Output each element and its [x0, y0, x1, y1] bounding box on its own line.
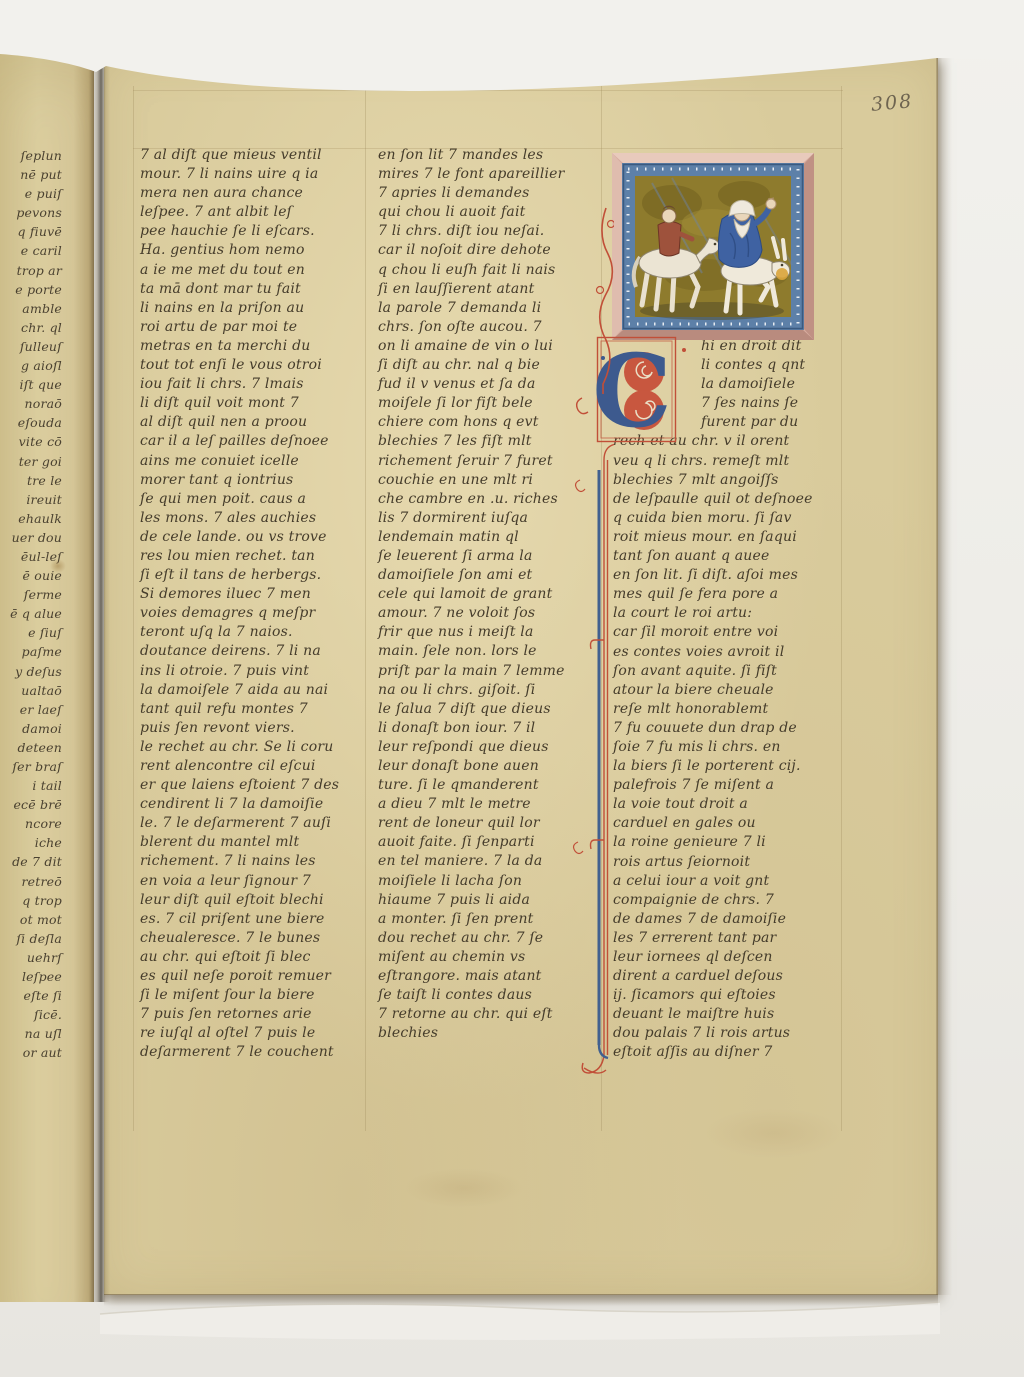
text-column-3: hi en droit ditli contes q qntla damoiſi… [613, 337, 909, 1063]
text-line: ireuit [0, 490, 62, 509]
text-line: blechies 7 mlt angoiſſs [613, 471, 909, 490]
text-line: y deſus [0, 662, 62, 681]
text-line: tre le [0, 471, 62, 490]
text-line: cendirent li 7 la damoiſie [140, 795, 366, 814]
parchment-stain [404, 1168, 524, 1208]
text-line: en voia a leur ſignour 7 [140, 872, 366, 891]
text-line: ncore [0, 814, 62, 833]
text-line: e caril [0, 241, 62, 260]
text-line: q trop [0, 891, 62, 910]
text-line: q fiuvē [0, 222, 62, 241]
manuscript-scan: ſeplunnē pute puiſpevonsq fiuvēe cariltr… [0, 0, 1024, 1377]
text-line: blerent du mantel mlt [140, 833, 366, 852]
text-line: ſoie 7 fu mis li chrs. en [613, 738, 909, 757]
text-line: na uſl [0, 1024, 62, 1043]
text-line: tant quil refu montes 7 [140, 700, 366, 719]
text-line: leſpee [0, 967, 62, 986]
scan-corner-dark [0, 0, 15, 16]
text-line: de dames 7 de damoiſie [613, 910, 909, 929]
ruling-line [133, 86, 134, 1131]
text-line: ter goi [0, 452, 62, 471]
text-line: g aioſl [0, 356, 62, 375]
text-line: leur diſt quil eſtoit blechi [140, 891, 366, 910]
text-line: eſouda [0, 413, 62, 432]
text-line: atour la biere cheuale [613, 681, 909, 700]
text-line: vite cō [0, 432, 62, 451]
text-line: eſte ſi [0, 986, 62, 1005]
text-line: ſulleuſ [0, 337, 62, 356]
text-line: tout tot enſi le vous otroi [140, 356, 366, 375]
text-line: teront uſq la 7 naios. [140, 623, 366, 642]
ruling-line [133, 90, 843, 91]
text-line: Si demores iluec 7 men [140, 585, 366, 604]
text-line: i tail [0, 776, 62, 795]
text-line: er laeſ [0, 700, 62, 719]
text-line: tant ſon auant q auee [613, 547, 909, 566]
text-line: dou palais 7 li rois artus [613, 1024, 909, 1043]
text-line: puis ſen revont viers. [140, 719, 366, 738]
text-line: e puiſ [0, 184, 62, 203]
text-line: leſpee. 7 ant albit leſ [140, 203, 366, 222]
parchment-stain [50, 559, 66, 573]
text-line: dirent a carduel deſous [613, 967, 909, 986]
text-line: les 7 errerent tant par [613, 929, 909, 948]
text-line: ē q alue [0, 604, 62, 623]
text-line: la biers ſi le porterent cij. [613, 757, 909, 776]
text-line: ehaulk [0, 509, 62, 528]
text-line: nē put [0, 165, 62, 184]
text-line: iche [0, 833, 62, 852]
penwork-border-flourish [568, 140, 614, 1080]
text-line: rois artus ſeiornoit [613, 853, 909, 872]
text-column-1: 7 al diſt que mieus ventilmour. 7 li nai… [140, 146, 366, 1063]
text-line: compaignie de chrs. 7 [613, 891, 909, 910]
text-line: de cele lande. ou vs trove [140, 528, 366, 547]
text-line: la voie tout droit a [613, 795, 909, 814]
text-line: richement. 7 li nains les [140, 852, 366, 871]
text-line: 7 al diſt que mieus ventil [140, 146, 366, 165]
text-line: ains me conuiet icelle [140, 452, 366, 471]
text-line: es contes voies avroit il [613, 643, 909, 662]
page-edge-shadow [104, 1294, 938, 1306]
text-line: paſme [0, 642, 62, 661]
text-line: leur iornees ql deſcen [613, 948, 909, 967]
text-line: er que laiens eſtoient 7 des [140, 776, 366, 795]
text-line: al diſt quil nen a proou [140, 413, 366, 432]
text-line: ſer braſ [0, 757, 62, 776]
text-line: ſeplun [0, 146, 62, 165]
text-line: ta mā dont mar tu fait [140, 280, 366, 299]
text-line: le. 7 le deſarmerent 7 auſi [140, 814, 366, 833]
text-line: ſicē. [0, 1005, 62, 1024]
binding-gutter [90, 40, 110, 1302]
text-line: ſe qui men poit. caus a [140, 490, 366, 509]
text-line: morer tant q iontrius [140, 471, 366, 490]
text-line: uer dou [0, 528, 62, 547]
folio-number: 308 [870, 90, 914, 116]
text-line: 7 fu couuete dun drap de [613, 719, 909, 738]
text-line: les mons. 7 ales auchies [140, 509, 366, 528]
text-line: la damoiſele 7 aida au nai [140, 681, 366, 700]
text-line: damoi [0, 719, 62, 738]
text-line: ſi le miſent ſour la biere [140, 986, 366, 1005]
text-line: eſtoit aſſis au diſner 7 [613, 1043, 909, 1062]
text-line: roi artu de par moi te [140, 318, 366, 337]
text-line: cheualeresce. 7 le bunes [140, 929, 366, 948]
text-line: ij. ſicamors qui eſtoies [613, 986, 909, 1005]
text-line: pee hauchie ſe li eſcars. [140, 222, 366, 241]
text-line: trop ar [0, 261, 62, 280]
text-line: a celui iour a voit gnt [613, 872, 909, 891]
text-line: en ſon lit. ſi diſt. aſoi mes [613, 566, 909, 585]
previous-page-fragments: ſeplunnē pute puiſpevonsq fiuvēe cariltr… [0, 146, 62, 1063]
text-line: deteen [0, 738, 62, 757]
previous-page-edge: ſeplunnē pute puiſpevonsq fiuvēe cariltr… [0, 44, 94, 1302]
text-line: ualtaō [0, 681, 62, 700]
text-line: or aut [0, 1043, 62, 1062]
parchment-stain [704, 1108, 844, 1158]
manuscript-page: 308 7 al diſt que mieus ventilmour. 7 li… [104, 58, 938, 1295]
text-line: ecē brē [0, 795, 62, 814]
text-line: la court le roi artu: [613, 604, 909, 623]
text-line: ot mot [0, 910, 62, 929]
text-line: chr. ql [0, 318, 62, 337]
text-line: doutance deirens. 7 li na [140, 642, 366, 661]
text-line: ſerme [0, 585, 62, 604]
text-line: deuant le maiſtre huis [613, 1005, 909, 1024]
text-line: rent alencontre cil eſcui [140, 757, 366, 776]
text-line: es. 7 cil priſent une biere [140, 910, 366, 929]
text-line: e ſiuſ [0, 623, 62, 642]
text-line: 7 puis ſen retornes arie [140, 1005, 366, 1024]
text-line: li nains en la priſon au [140, 299, 366, 318]
text-line: mera nen aura chance [140, 184, 366, 203]
text-line: ſon avant aquite. ſi fiſt [613, 662, 909, 681]
page-edge-shadow [936, 58, 952, 1295]
text-line: ſi eſt il tans de herbergs. [140, 566, 366, 585]
text-line: la roine genieure 7 li [613, 833, 909, 852]
text-line: ins li otroie. 7 puis vint [140, 662, 366, 681]
text-line: de leſpaulle quil ot deſnoee [613, 490, 909, 509]
text-line: palefrois 7 ſe miſent a [613, 776, 909, 795]
text-line: re iuſql al oſtel 7 puis le [140, 1024, 366, 1043]
text-line: reſe mlt honorablemt [613, 700, 909, 719]
text-line: mour. 7 li nains uire q ia [140, 165, 366, 184]
text-line: carduel en gales ou [613, 814, 909, 833]
text-line: le rechet au chr. Se li coru [140, 738, 366, 757]
text-line: deſarmerent 7 le couchent [140, 1043, 366, 1062]
text-line: res lou mien rechet. tan [140, 547, 366, 566]
text-line: pevons [0, 203, 62, 222]
text-line: es quil neſe poroit remuer [140, 967, 366, 986]
text-line: li diſt quil voit mont 7 [140, 394, 366, 413]
text-line: q cuida bien moru. ſi ſav [613, 509, 909, 528]
text-line: iſt que [0, 375, 62, 394]
miniature-two-riders-illustration [612, 153, 814, 340]
text-line: uehrſ [0, 948, 62, 967]
text-line: voies demagres q meſpr [140, 604, 366, 623]
text-line: roit mieus mour. en ſaqui [613, 528, 909, 547]
text-line: car ſil moroit entre voi [613, 623, 909, 642]
text-line: e porte [0, 280, 62, 299]
text-line: amble [0, 299, 62, 318]
text-line: Ha. gentius hom nemo [140, 241, 366, 260]
text-line: mes quil ſe fera pore a [613, 585, 909, 604]
text-line: metras en ta merchi du [140, 337, 366, 356]
text-line: a ie me met du tout en [140, 261, 366, 280]
text-line: car il a leſ pailles deſnoee [140, 432, 366, 451]
text-line: veu q li chrs. remeſt mlt [613, 452, 909, 471]
text-line: de 7 dit [0, 852, 62, 871]
text-line: retreō [0, 872, 62, 891]
text-line: ſi deſla [0, 929, 62, 948]
text-line: au chr. qui eſtoit ſi blec [140, 948, 366, 967]
text-line: iou fait li chrs. 7 lmais [140, 375, 366, 394]
text-line: noraō [0, 394, 62, 413]
